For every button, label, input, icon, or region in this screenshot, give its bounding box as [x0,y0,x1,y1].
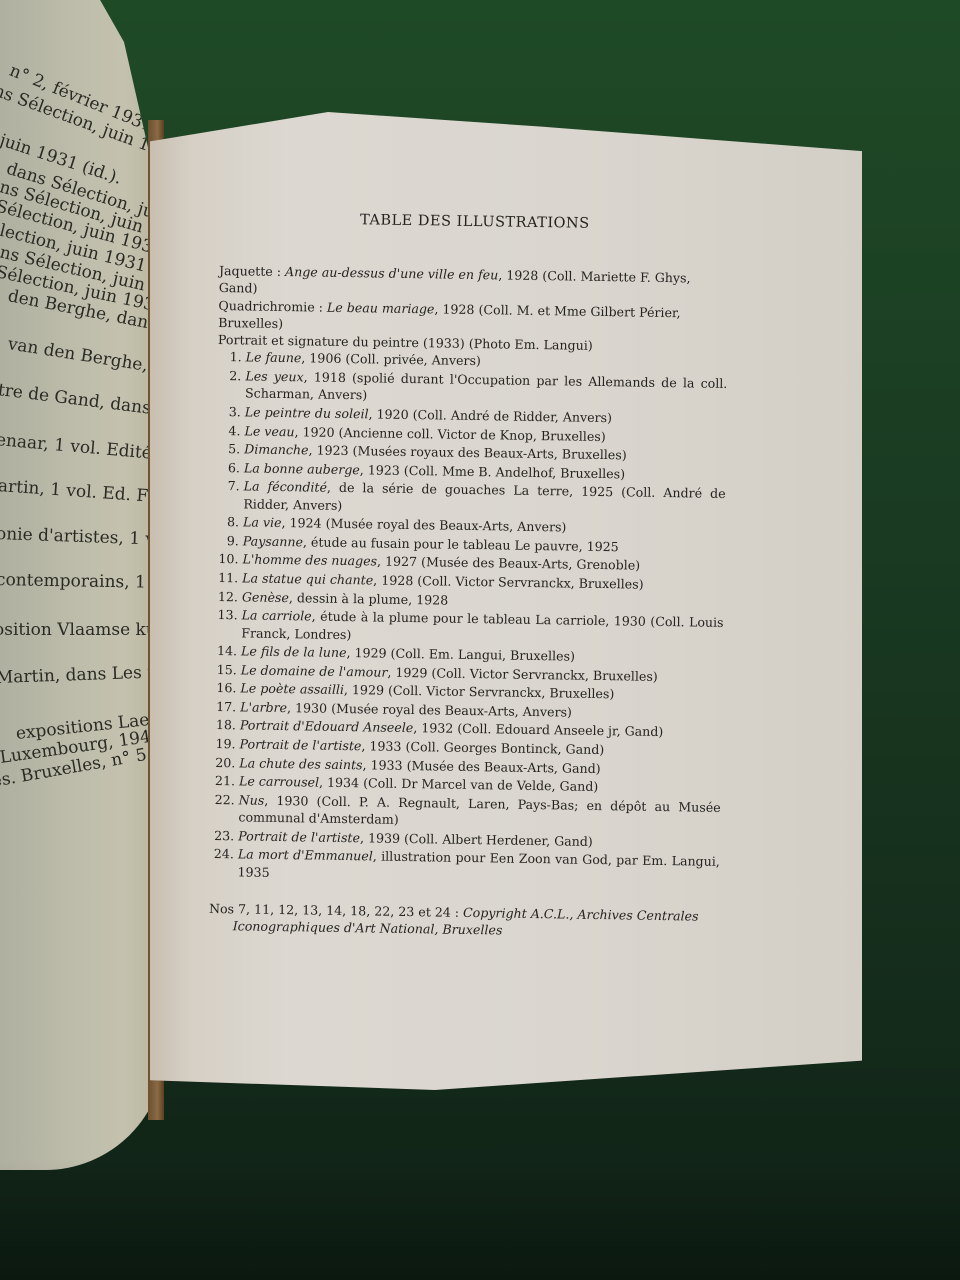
work-details: , étude au fusain pour le tableau Le pau… [303,534,619,554]
work-title: La carriole [242,608,312,624]
item-number: 16. [212,679,240,697]
work-details: , 1939 (Coll. Albert Herdener, Gand) [360,830,593,849]
illustrations-list: 1.Le faune, 1906 (Coll. privée, Anvers)2… [209,348,727,887]
left-line: Martin, dans Les nouvelles littéraires [0,659,165,687]
work-title: Les yeux [245,368,303,384]
work-details: , 1906 (Coll. privée, Anvers) [301,351,481,369]
page-title: TABLE DES ILLUSTRATIONS [220,210,730,234]
work-title: Le veau [244,423,294,439]
item-number: 8. [215,513,243,531]
work-title: Nus [239,792,265,807]
item-number: 15. [213,661,241,679]
item-number: 6. [216,459,244,477]
work-details: , 1930 (Musée royal des Beaux-Arts, Anve… [287,700,572,719]
work-details: , 1929 (Coll. Em. Langui, Bruxelles) [346,645,575,664]
work-details: , 1933 (Coll. Georges Bontinck, Gand) [361,738,604,757]
item-number: 9. [215,532,243,550]
work-title: La vie [243,515,282,531]
work-details: , 1934 (Coll. Dr Marcel van de Velde, Ga… [319,775,598,794]
item-number: 18. [212,716,240,734]
work-details: , 1928 (Coll. Victor Servranckx, Bruxell… [373,572,644,591]
work-details: , 1923 (Musées royaux des Beaux-Arts, Br… [308,443,626,463]
left-line: contemporains, 1 vol. Ed. Lumière [0,572,165,594]
credits-note: Nos 7, 11, 12, 13, 14, 18, 22, 23 et 24 … [209,900,719,943]
item-number: 20. [211,754,239,772]
work-title: Le domaine de l'amour [241,662,388,679]
item-text: La carriole, étude à la plume pour le ta… [241,607,723,649]
work-title: Le poète assailli [240,681,344,698]
work-title: L'arbre [240,699,287,715]
item-text: La mort d'Emmanuel, illustration pour Ee… [237,846,719,888]
work-title: Le beau mariage [327,299,435,316]
intro-label: Quadrichromie : [218,298,327,315]
item-number: 13. [213,606,242,641]
left-line: osition Vlaamse kunstenaars [0,622,165,639]
work-title: Ange au-dessus d'une ville en feu [285,264,498,282]
left-line: onie d'artistes, 1 vol. Ed. Lumière [0,526,165,553]
item-number: 12. [214,588,242,606]
work-details: , 1933 (Musée des Beaux-Arts, Gand) [362,757,600,776]
work-details: , dessin à la plume, 1928 [289,590,449,608]
item-text: Nus, 1930 (Coll. P. A. Regnault, Laren, … [238,791,720,833]
work-title: La fécondité [244,479,328,495]
credits-numbers: 7, 11, 12, 13, 14, 18, 22, 23 et 24 : [234,901,463,920]
work-title: Le peintre du soleil [245,404,369,421]
item-number: 14. [213,642,241,660]
right-page: TABLE DES ILLUSTRATIONS Jaquette : Ange … [150,112,862,1090]
item-text: Les yeux, 1918 (spolié durant l'Occupati… [245,367,727,409]
work-details: , 1918 (spolié durant l'Occupation par l… [245,369,727,402]
work-title: Paysanne [243,533,303,549]
work-details: , 1920 (Ancienne coll. Victor de Knop, B… [294,424,605,444]
item-number: 5. [216,440,244,458]
item-number: 17. [212,698,240,716]
item-number: 7. [215,477,244,512]
left-page: n° 2, février 1931. ns Sélection, juin 1… [0,0,165,1170]
page-number: 13 [778,1083,796,1098]
item-number: 11. [214,569,242,587]
work-details: , 1923 (Coll. Mme B. Andelhof, Bruxelles… [360,462,625,481]
item-number: 3. [217,403,245,421]
work-details: , 1924 (Musée royal des Beaux-Arts, Anve… [281,515,566,534]
work-details: , 1932 (Coll. Edouard Anseele jr, Gand) [413,721,663,740]
work-details: , 1929 (Coll. Victor Servranckx, Bruxell… [344,682,615,701]
item-number: 2. [217,367,246,402]
item-number: 23. [210,827,238,845]
item-number: 19. [211,735,239,753]
left-line: tre de Gand, dans Sélection, [0,382,165,429]
item-number: 10. [214,550,242,568]
work-details: , 1927 (Musée des Beaux-Arts, Grenoble) [377,554,640,573]
intro-label: Jaquette : [219,263,285,279]
work-details: , étude à la plume pour le tableau La ca… [241,609,723,642]
work-title: Le carrousel [239,774,319,790]
work-title: Portrait d'Edouard Anseele [240,718,414,736]
item-number: 21. [211,772,239,790]
illustrations-table: TABLE DES ILLUSTRATIONS Jaquette : Ange … [208,210,730,955]
left-line: artin, 1 vol. Ed. Formes, Bruxelles [0,478,165,516]
work-title: Le fils de la lune [241,643,347,660]
list-item: 24.La mort d'Emmanuel, illustration pour… [209,845,719,888]
desk-shadow [0,1160,960,1280]
work-title: La mort d'Emmanuel [238,847,373,864]
credits-prefix: Nos [209,901,234,916]
item-text: La fécondité, de la série de gouaches La… [243,478,725,520]
intro-block: Jaquette : Ange au-dessus d'une ville en… [218,262,729,356]
work-title: Portrait de l'artiste [238,828,360,845]
work-title: Le faune [246,350,302,366]
work-details: , 1929 (Coll. Victor Servranckx, Bruxell… [387,664,658,683]
left-line: enaar, 1 vol. Edité à Gand, [0,432,165,469]
work-title: La statue qui chante [242,570,373,587]
item-number: 1. [218,348,246,366]
work-title: L'homme des nuages [242,552,377,569]
work-title: Dimanche [244,442,309,458]
work-details: , 1930 (Coll. P. A. Regnault, Laren, Pay… [238,793,720,827]
work-title: Portrait de l'artiste [239,736,361,753]
item-number: 4. [216,422,244,440]
work-title: La chute des saints [239,755,363,772]
item-number: 22. [210,791,239,826]
work-details: , 1920 (Coll. André de Ridder, Anvers) [368,406,612,425]
work-title: La bonne auberge [244,460,360,477]
work-title: Genèse [242,589,289,605]
item-number: 24. [209,845,238,880]
